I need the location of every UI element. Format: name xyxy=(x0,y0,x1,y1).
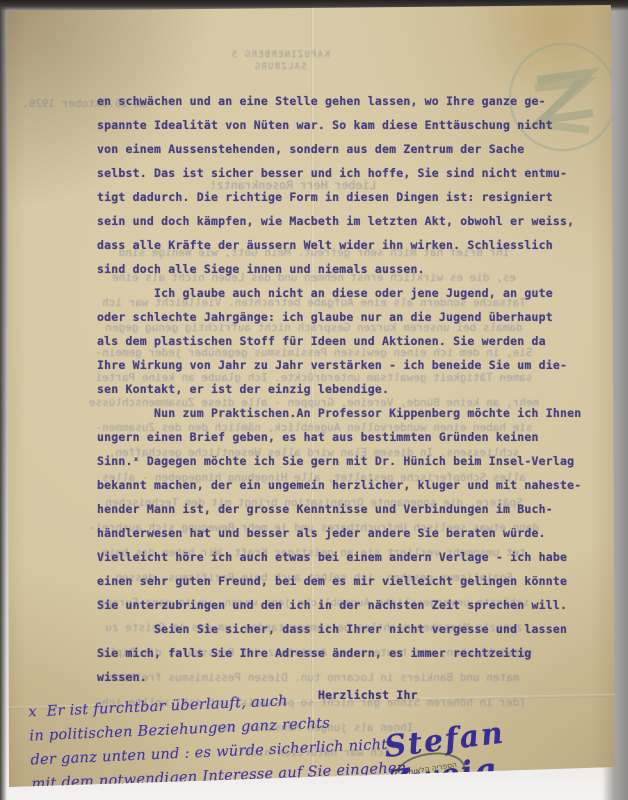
typed-line: einen sehr guten Freund, bei dem es mir … xyxy=(97,574,602,598)
typed-line: Sie mich, falls Sie Ihre Adresse ändern,… xyxy=(97,646,602,670)
signature: Stefan Zweig xyxy=(383,702,620,800)
typed-line: oder schlechte Jahrgänge: ich glaube nur… xyxy=(97,310,602,334)
typed-line: sind doch alle Siege innen und niemals a… xyxy=(97,262,602,286)
typed-line: Sinn.ˣ Dagegen möchte ich Sie gern mit D… xyxy=(97,454,602,478)
typed-line: von einem Aussenstehenden, sondern aus d… xyxy=(97,142,602,166)
photo-background: KAPUZINERBERG 5 SALZBURG am 15.Oktober 1… xyxy=(0,0,628,800)
typed-line: ungern einen Brief geben, es hat aus bes… xyxy=(97,430,602,454)
handwritten-footnote: x Er ist furchtbar überlauft, auchin pol… xyxy=(28,690,377,800)
typed-line: sein und doch kämpfen, wie Macbeth im le… xyxy=(97,214,602,238)
typed-line: spannte Idealität von Nüten war. So kam … xyxy=(97,118,602,142)
typed-line: Vielleicht höre ich auch etwas bei einem… xyxy=(97,550,602,574)
typed-line: händlerwesen hat und besser als jeder an… xyxy=(97,526,602,550)
typed-line: Seien Sie sicher, dass ich Ihrer nicht v… xyxy=(97,622,602,646)
letter-paper: KAPUZINERBERG 5 SALZBURG am 15.Oktober 1… xyxy=(0,0,628,800)
typed-line: selbst. Das ist sicher besser und ich ho… xyxy=(97,166,602,190)
typed-line: dass alle Kräfte der äussern Welt wider … xyxy=(97,238,602,262)
typed-line: tigt dadurch. Die richtige Form in diese… xyxy=(97,190,602,214)
typed-line: Ihre Wirkung von Jahr zu Jahr verstärken… xyxy=(97,358,602,382)
typed-line: hender Mann ist, der grosse Kenntnisse u… xyxy=(97,502,602,526)
typed-line: sen Kontakt, er ist der einzig lebendige… xyxy=(97,382,602,406)
bleedthrough-letterhead: SALZBURG xyxy=(210,62,350,72)
typed-line: Sie unterzubringen und den ich in der nä… xyxy=(97,598,602,622)
typed-body: en schwächen und an eine Stelle gehen la… xyxy=(97,94,602,694)
library-stamp-text: הספריה הלאומית xyxy=(401,760,457,778)
typed-line: bekannt machen, der ein ungemein herzlic… xyxy=(97,478,602,502)
bleedthrough-letterhead: KAPUZINERBERG 5 xyxy=(210,50,350,60)
typed-line: als dem plastischen Stoff für Ideen und … xyxy=(97,334,602,358)
typed-line: Nun zum Praktischen.An Professor Kippenb… xyxy=(97,406,602,430)
typed-line: Ich glaube auch nicht an diese oder jene… xyxy=(97,286,602,310)
typed-line: en schwächen und an eine Stelle gehen la… xyxy=(97,94,602,118)
